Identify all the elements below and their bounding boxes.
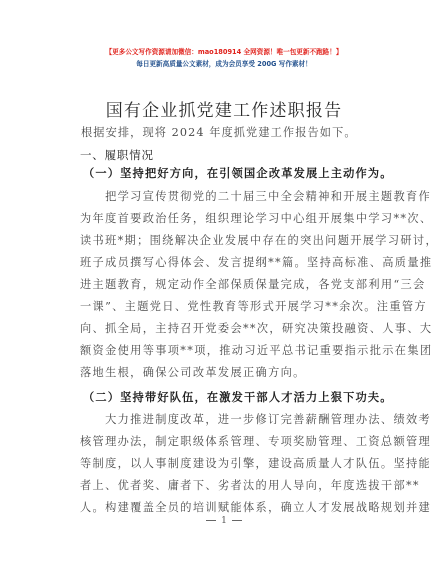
paragraph-line: 大力推进制度改革，进一步修订完善薪酬管理办法、绩效考 — [80, 413, 410, 427]
document-title: 国有企业抓党建工作述职报告 — [0, 96, 448, 121]
dash-left — [206, 520, 216, 521]
paragraph-line: 额资金使用等事项**项，推动习近平总书记重要指示批示在集团 — [80, 344, 410, 358]
paragraph-line: 为年度首要政治任务，组织理论学习中心组开展集中学习**次、 — [80, 212, 410, 226]
paragraph-line: 一课”、主题党日、党性教育等形式开展学习**余次。注重管方 — [80, 300, 410, 314]
paragraph-line: 等制度，以人事制度建设为引擎，建设高质量人才队伍。坚持能 — [80, 457, 410, 471]
promo-banner-line2: 每日更新高质量公文素材，成为会员享受 200G 写作素材！ — [0, 58, 448, 68]
paragraph-line: 落地生根，确保公司改革发展正确方向。 — [80, 366, 410, 380]
paragraph-line: 读书班*期；围绕解决企业发展中存在的突出问题开展学习研讨， — [80, 234, 410, 248]
section-heading-1: 一、履职情况 — [80, 148, 410, 162]
promo-banner-line1: 【更多公文写作资源请加微信：mao180914 全网资源！唯一包更新不跑路！】 — [0, 46, 448, 56]
paragraph-line: 者上、优者奖、庸者下、劣者汰的用人导向，年度选拔干部** — [80, 479, 410, 493]
paragraph-line: 核管理办法，制定职级体系管理、专项奖励管理、工资总额管理 — [80, 435, 410, 449]
paragraph-line: 把学习宣传贯彻党的二十届三中全会精神和开展主题教育作 — [80, 190, 410, 204]
paragraph-line: 进主题教育，规定动作全部保质保量完成，各党支部利用“三会 — [80, 278, 410, 292]
dash-right — [232, 520, 242, 521]
page-footer: 1 — [0, 516, 448, 526]
paragraph-line: 人。构建覆盖全员的培训赋能体系，确立人才发展战略规划并建 — [80, 501, 410, 515]
paragraph-line: 向、抓全局，主持召开党委会**次，研究决策投融资、人事、大 — [80, 322, 410, 336]
subsection-heading-2: （二）坚持带好队伍，在激发干部人才活力上狠下功夫。 — [83, 390, 413, 404]
subsection-heading-1: （一）坚持把好方向，在引领国企改革发展上主动作为。 — [83, 166, 413, 180]
page-number: 1 — [221, 516, 227, 526]
intro-paragraph: 根据安排，现将 2024 年度抓党建工作报告如下。 — [81, 126, 411, 140]
paragraph-line: 班子成员撰写心得体会、发言提纲**篇。坚持高标准、高质量推 — [80, 256, 410, 270]
